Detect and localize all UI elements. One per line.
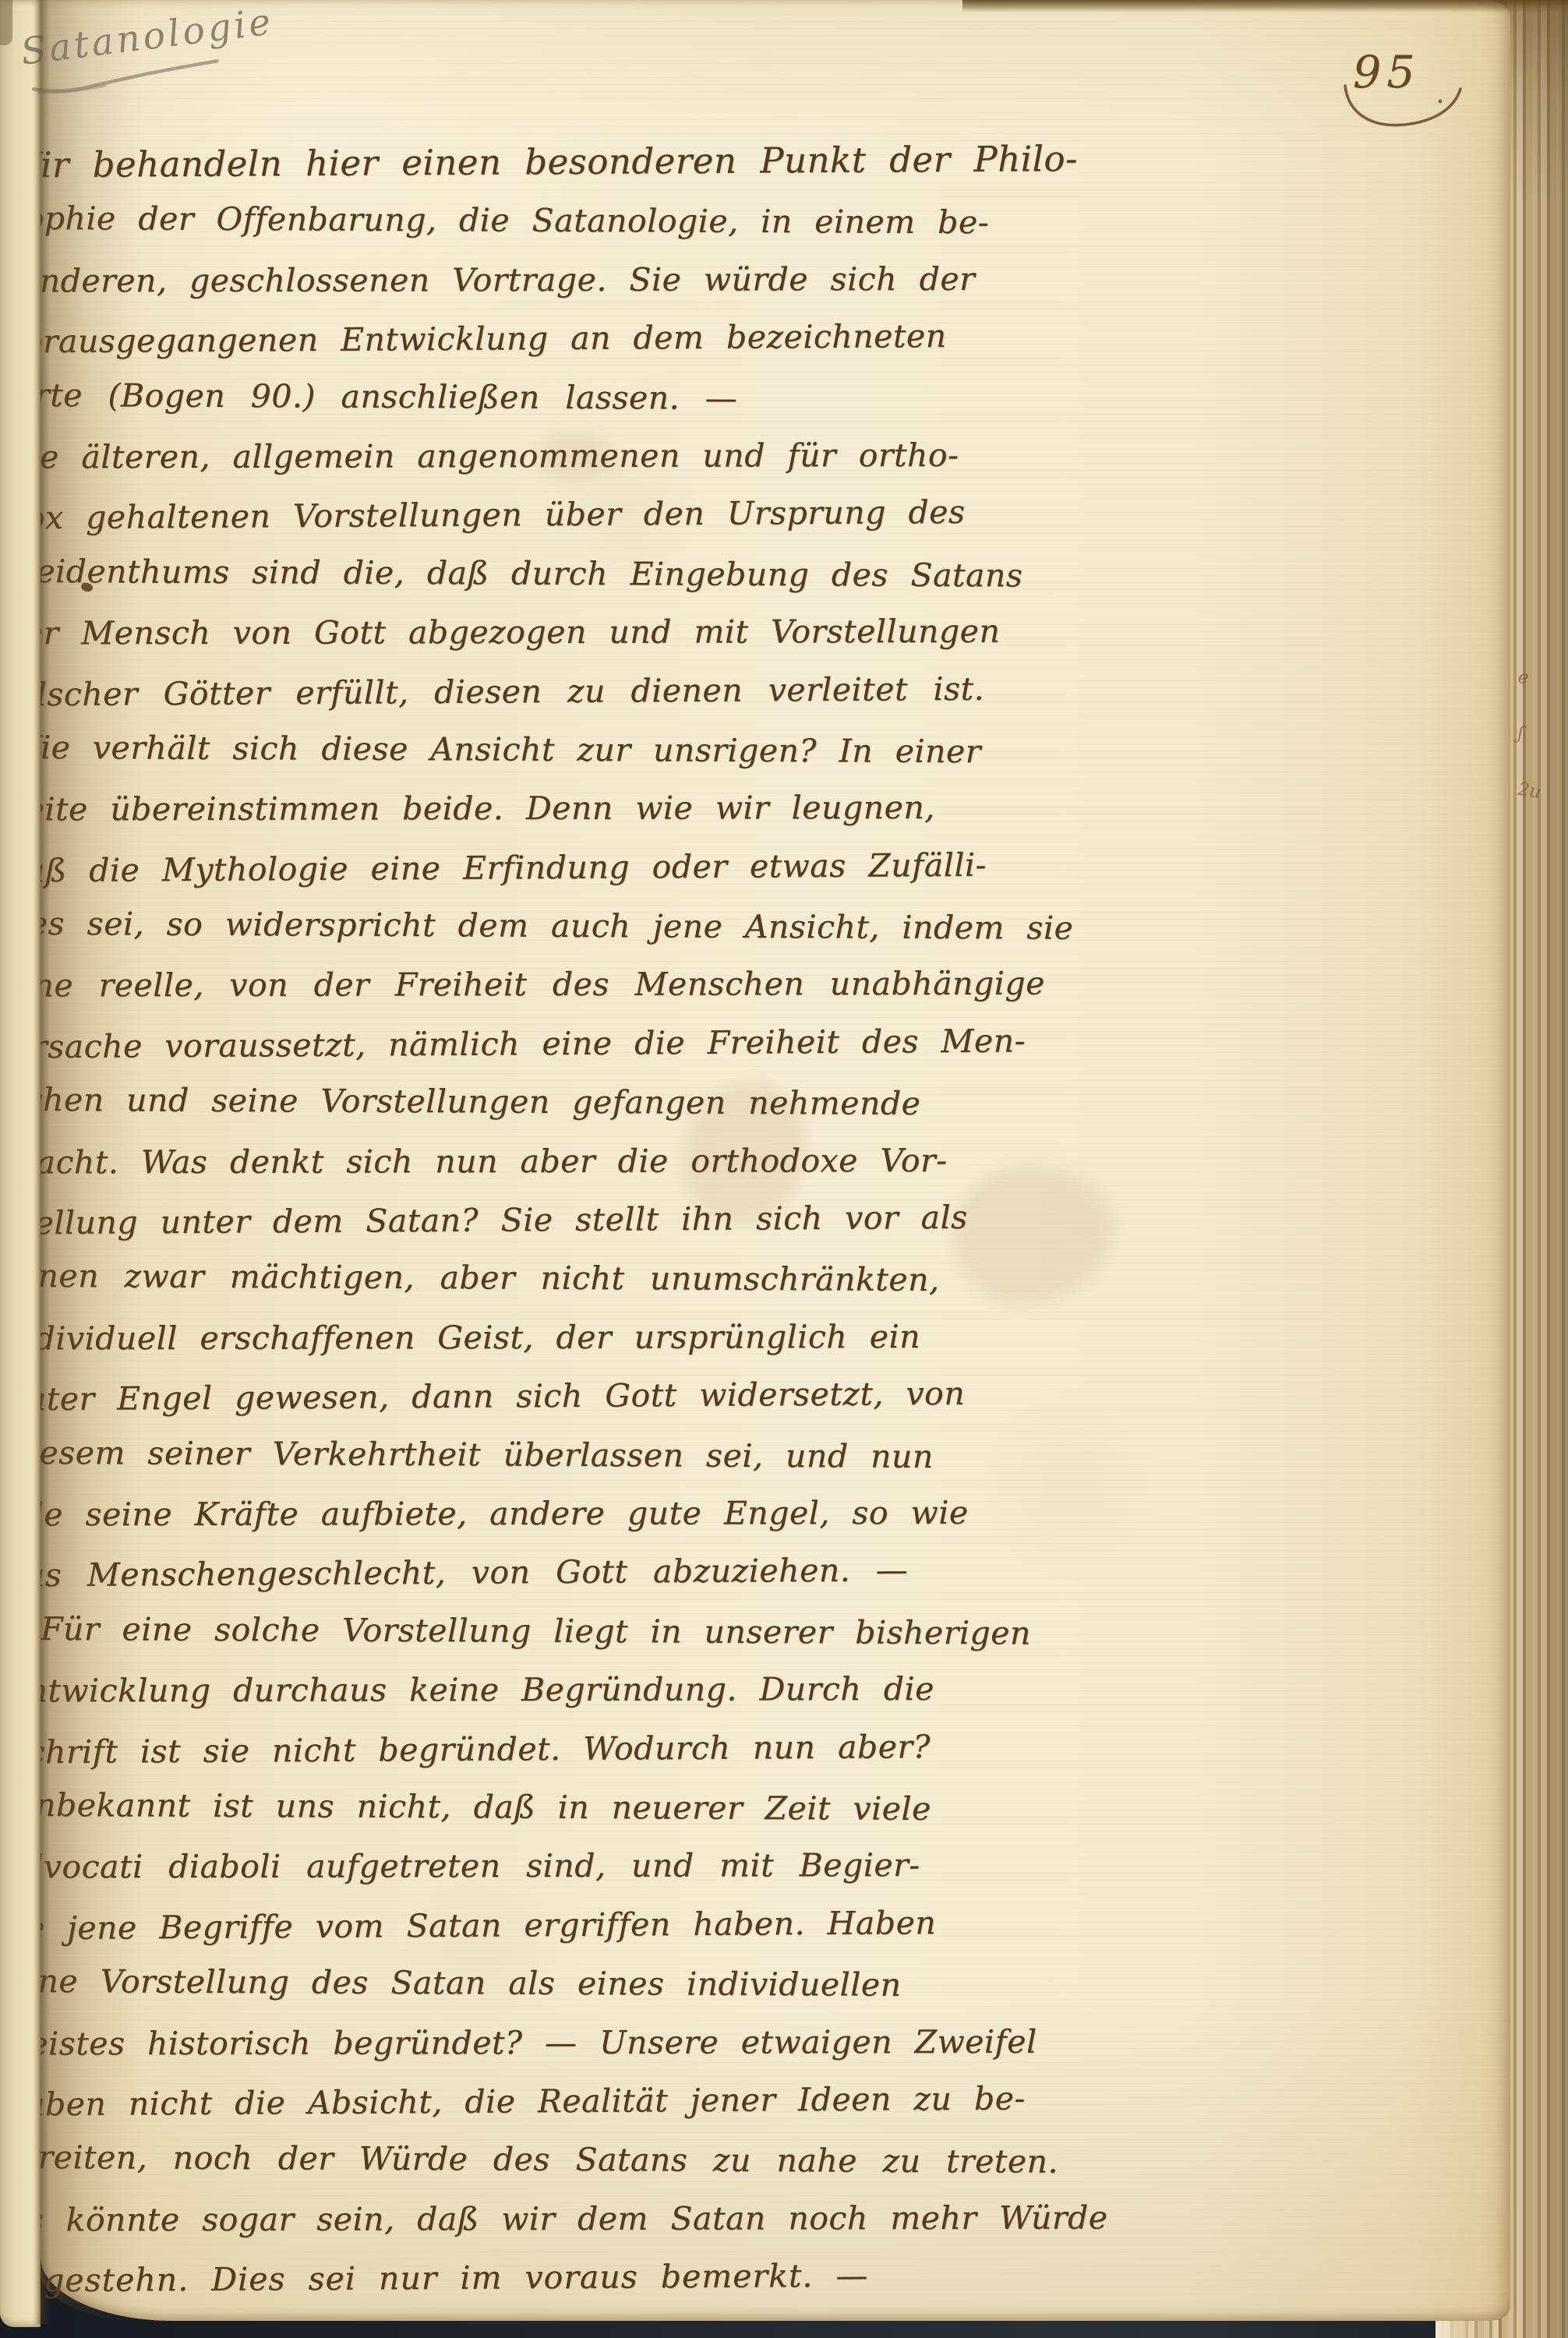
manuscript-scan: Wir behandeln hier einen besonderen Punk… <box>0 0 1568 2338</box>
text-line: Geistes historisch begründet? — Unsere e… <box>3 2011 1141 2072</box>
text-line: sophie der Offenbarung, die Satanologie,… <box>8 189 1146 253</box>
previous-page-edge <box>0 0 41 2327</box>
text-line: Für eine solche Vorstellung liegt in uns… <box>8 1599 1146 1663</box>
text-line: Heidenthums sind die, daß durch Eingebun… <box>8 542 1146 606</box>
text-line: dox gehaltenen Vorstellungen über den Ur… <box>5 482 1142 547</box>
text-line: daß die Mythologie eine Erfindung oder e… <box>5 834 1142 899</box>
text-line: Ursache voraussetzt, nämlich eine die Fr… <box>5 1010 1142 1075</box>
text-line: stellung unter dem Satan? Sie stellt ihn… <box>5 1187 1142 1252</box>
text-line: sonderen, geschlossenen Vortrage. Sie wü… <box>3 249 1141 309</box>
text-line: eine reelle, von der Freiheit des Mensch… <box>3 954 1141 1015</box>
text-line: individuell erschaffenen Geist, der ursp… <box>3 1306 1141 1367</box>
text-line: Entwicklung durchaus keine Begründung. D… <box>3 1659 1141 1720</box>
edge-mark: ʃ <box>1511 723 1566 786</box>
text-line: ges sei, so widerspricht dem auch jene A… <box>8 894 1146 958</box>
book-top-edge <box>962 0 1568 12</box>
text-line: eine Vorstellung des Satan als eines ind… <box>8 1951 1146 2015</box>
text-line: falscher Götter erfüllt, diesen zu diene… <box>5 658 1142 723</box>
text-line: Seite übereinstimmen beide. Denn wie wir… <box>3 778 1141 839</box>
text-line: Wir behandeln hier einen besonderen Punk… <box>5 129 1142 195</box>
text-line: de jene Begriffe vom Satan ergriffen hab… <box>5 1891 1142 1957</box>
text-line: Wie verhält sich diese Ansicht zur unsri… <box>8 718 1146 782</box>
text-line: Schrift ist sie nicht begründet. Wodurch… <box>5 1715 1142 1781</box>
text-line: advocati diaboli aufgetreten sind, und m… <box>3 1835 1141 1896</box>
text-line: streiten, noch der Würde des Satans zu n… <box>8 2128 1146 2191</box>
text-line: einen zwar mächtigen, aber nicht unumsch… <box>8 1246 1146 1310</box>
text-line: das Menschengeschlecht, von Gott abzuzie… <box>5 1539 1142 1605</box>
text-line: der Mensch von Gott abgezogen und mit Vo… <box>3 602 1141 662</box>
edge-bleedthrough-marks: eʃ2u <box>1515 670 1562 839</box>
text-line: schen und seine Vorstellungen gefangen n… <box>8 1070 1146 1134</box>
text-line: Unbekannt ist uns nicht, daß in neuerer … <box>8 1775 1146 1839</box>
binding-notch <box>0 0 12 45</box>
page-number-flourish <box>1337 81 1485 137</box>
edge-mark: e <box>1511 667 1566 729</box>
text-line: Es könnte sogar sein, daß wir dem Satan … <box>3 2188 1141 2248</box>
text-line: zugestehn. Dies sei nur im voraus bemerk… <box>5 2244 1142 2310</box>
text-line: haben nicht die Absicht, die Realität je… <box>5 2068 1142 2133</box>
text-line: guter Engel gewesen, dann sich Gott wide… <box>5 1363 1142 1429</box>
text-line: diesem seiner Verkehrtheit überlassen se… <box>8 1422 1146 1486</box>
text-line: Die älteren, allgemein angenommenen und … <box>3 425 1141 486</box>
text-line: alle seine Kräfte aufbiete, andere gute … <box>3 1482 1141 1543</box>
text-line: Macht. Was denkt sich nun aber die ortho… <box>3 1130 1141 1191</box>
edge-mark: 2u <box>1511 779 1566 842</box>
text-line: Orte (Bogen 90.) anschließen lassen. — <box>8 365 1146 429</box>
manuscript-text: Wir behandeln hier einen besonderen Punk… <box>5 132 1142 2306</box>
text-line: vorausgegangenen Entwicklung an dem beze… <box>5 305 1142 371</box>
